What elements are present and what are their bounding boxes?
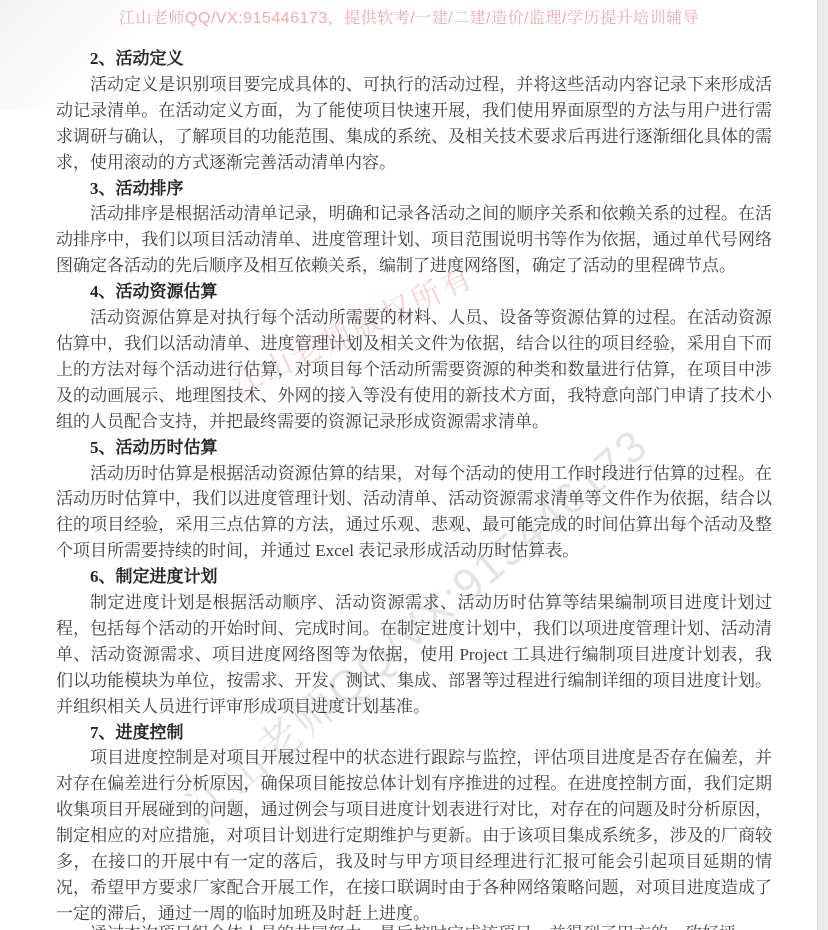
- section-heading-resource-estimating: 4、活动资源估算: [56, 279, 772, 305]
- document-body: 2、活动定义 活动定义是识别项目要完成具体的、可执行的活动过程，并将这些活动内容…: [56, 46, 772, 927]
- section-paragraph-duration-estimating: 活动历时估算是根据活动资源估算的结果，对每个活动的使用工作时段进行估算的过程。在…: [56, 461, 772, 565]
- clipped-bottom-line: 通过本次项目组全体人员的共同努力，最后按时完成该项目，并得到了甲方的一致好评。: [56, 921, 772, 930]
- section-heading-duration-estimating: 5、活动历时估算: [56, 435, 772, 461]
- section-paragraph-activity-definition: 活动定义是识别项目要完成具体的、可执行的活动过程，并将这些活动内容记录下来形成活…: [56, 72, 772, 176]
- section-paragraph-schedule-control: 项目进度控制是对项目开展过程中的状态进行跟踪与监控，评估项目进度是否存在偏差，并…: [56, 745, 772, 926]
- section-heading-schedule-control: 7、进度控制: [56, 720, 772, 746]
- section-paragraph-schedule-development: 制定进度计划是根据活动顺序、活动资源需求、活动历时估算等结果编制项目进度计划过程…: [56, 590, 772, 720]
- section-heading-activity-sequencing: 3、活动排序: [56, 176, 772, 202]
- section-paragraph-activity-sequencing: 活动排序是根据活动清单记录，明确和记录各活动之间的顺序关系和依赖关系的过程。在活…: [56, 201, 772, 279]
- section-paragraph-resource-estimating: 活动资源估算是对执行每个活动所需要的材料、人员、设备等资源估算的过程。在活动资源…: [56, 305, 772, 435]
- document-page: 江山老师QQ/VX:915446173 江山老师版权所有 江山老师QQ/VX:9…: [0, 0, 828, 930]
- section-heading-schedule-development: 6、制定进度计划: [56, 564, 772, 590]
- section-heading-activity-definition: 2、活动定义: [56, 46, 772, 72]
- scan-edge-strip: [817, 0, 828, 930]
- ad-banner-text: 江山老师QQ/VX:915446173，提供软考/一建/二建/造价/监理/学历提…: [0, 5, 818, 28]
